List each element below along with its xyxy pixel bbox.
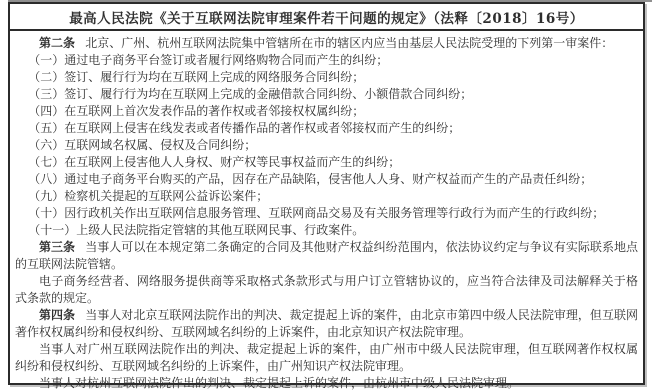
paragraph-item-2: （二）签订、履行行为均在互联网上完成的网络服务合同纠纷；	[15, 69, 638, 86]
paragraph-article-3: 第三条当事人可以在本规定第二条确定的合同及其他财产权益纠纷范围内，依法协议约定与…	[15, 239, 638, 273]
paragraph-text: （一）通过电子商务平台签订或者履行网络购物合同而产生的纠纷；	[28, 53, 388, 67]
paragraph-text: 电子商务经营者、网络服务提供商等采取格式条款形式与用户订立管辖协议的，应当符合法…	[15, 274, 638, 305]
paragraph-text: （三）签订、履行行为均在互联网上完成的金融借款合同纠纷、小额借款合同纠纷；	[28, 87, 472, 101]
paragraph-text: 北京、广州、杭州互联网法院集中管辖所在市的辖区内应当由基层人民法院受理的下列第一…	[85, 36, 613, 50]
document-frame: 最高人民法院《关于互联网法院审理案件若干问题的规定》（法释〔2018〕16号） …	[8, 2, 645, 385]
document-page: 最高人民法院《关于互联网法院审理案件若干问题的规定》（法释〔2018〕16号） …	[0, 0, 652, 391]
article-label: 第二条	[39, 36, 85, 50]
paragraph-item-6: （六）互联网域名权属、侵权及合同纠纷；	[15, 137, 638, 154]
paragraph-text: （十一）上级人民法院指定管辖的其他互联网民事、行政案件。	[28, 223, 364, 237]
paragraph-item-8: （八）通过电子商务平台购买的产品，因存在产品缺陷，侵害他人人身、财产权益而产生的…	[15, 171, 638, 188]
paragraph-article-2: 第二条北京、广州、杭州互联网法院集中管辖所在市的辖区内应当由基层人民法院受理的下…	[15, 35, 638, 52]
paragraph-article-3-sub: 电子商务经营者、网络服务提供商等采取格式条款形式与用户订立管辖协议的，应当符合法…	[15, 273, 638, 307]
paragraph-item-5: （五）在互联网上侵害在线发表或者传播作品的著作权或者邻接权而产生的纠纷；	[15, 120, 638, 137]
article-label: 第三条	[39, 240, 85, 254]
paragraph-text: 当事人对北京互联网法院作出的判决、裁定提起上诉的案件，由北京市第四中级人民法院审…	[15, 308, 638, 339]
paragraph-text: （十）因行政机关作出互联网信息服务管理、互联网商品交易及有关服务管理等行政行为而…	[28, 206, 604, 220]
paragraph-item-9: （九）检察机关提起的互联网公益诉讼案件；	[15, 188, 638, 205]
paragraph-text: （八）通过电子商务平台购买的产品，因存在产品缺陷，侵害他人人身、财产权益而产生的…	[28, 172, 592, 186]
paragraph-text: 当事人对杭州互联网法院作出的判决、裁定提起上诉的案件，由杭州市中级人民法院审理。	[39, 376, 519, 390]
paragraph-item-3: （三）签订、履行行为均在互联网上完成的金融借款合同纠纷、小额借款合同纠纷；	[15, 86, 638, 103]
document-title-bar: 最高人民法院《关于互联网法院审理案件若干问题的规定》（法释〔2018〕16号）	[10, 4, 643, 31]
paragraph-text: 当事人对广州互联网法院作出的判决、裁定提起上诉的案件，由广州市中级人民法院审理，…	[15, 342, 638, 373]
article-label: 第四条	[39, 308, 85, 322]
paragraph-item-4: （四）在互联网上首次发表作品的著作权或者邻接权权属纠纷；	[15, 103, 638, 120]
paragraph-text: （九）检察机关提起的互联网公益诉讼案件；	[28, 189, 268, 203]
paragraph-article-4-sub-2: 当事人对杭州互联网法院作出的判决、裁定提起上诉的案件，由杭州市中级人民法院审理。	[15, 375, 638, 391]
paragraph-text: （五）在互联网上侵害在线发表或者传播作品的著作权或者邻接权而产生的纠纷；	[28, 121, 460, 135]
paragraph-text: （六）互联网域名权属、侵权及合同纠纷；	[28, 138, 256, 152]
paragraph-text: （七）在互联网上侵害他人人身权、财产权等民事权益而产生的纠纷；	[28, 155, 400, 169]
paragraph-text: （二）签订、履行行为均在互联网上完成的网络服务合同纠纷；	[28, 70, 364, 84]
paragraph-item-1: （一）通过电子商务平台签订或者履行网络购物合同而产生的纠纷；	[15, 52, 638, 69]
paragraph-article-4: 第四条当事人对北京互联网法院作出的判决、裁定提起上诉的案件，由北京市第四中级人民…	[15, 307, 638, 341]
document-title: 最高人民法院《关于互联网法院审理案件若干问题的规定》（法释〔2018〕16号）	[69, 7, 584, 27]
paragraph-item-7: （七）在互联网上侵害他人人身权、财产权等民事权益而产生的纠纷；	[15, 154, 638, 171]
paragraph-text: 当事人可以在本规定第二条确定的合同及其他财产权益纠纷范围内，依法协议约定与争议有…	[15, 240, 638, 271]
paragraph-text: （四）在互联网上首次发表作品的著作权或者邻接权权属纠纷；	[28, 104, 364, 118]
document-body: 第二条北京、广州、杭州互联网法院集中管辖所在市的辖区内应当由基层人民法院受理的下…	[10, 31, 643, 391]
paragraph-item-10: （十）因行政机关作出互联网信息服务管理、互联网商品交易及有关服务管理等行政行为而…	[15, 205, 638, 222]
paragraph-article-4-sub-1: 当事人对广州互联网法院作出的判决、裁定提起上诉的案件，由广州市中级人民法院审理，…	[15, 341, 638, 375]
paragraph-item-11: （十一）上级人民法院指定管辖的其他互联网民事、行政案件。	[15, 222, 638, 239]
